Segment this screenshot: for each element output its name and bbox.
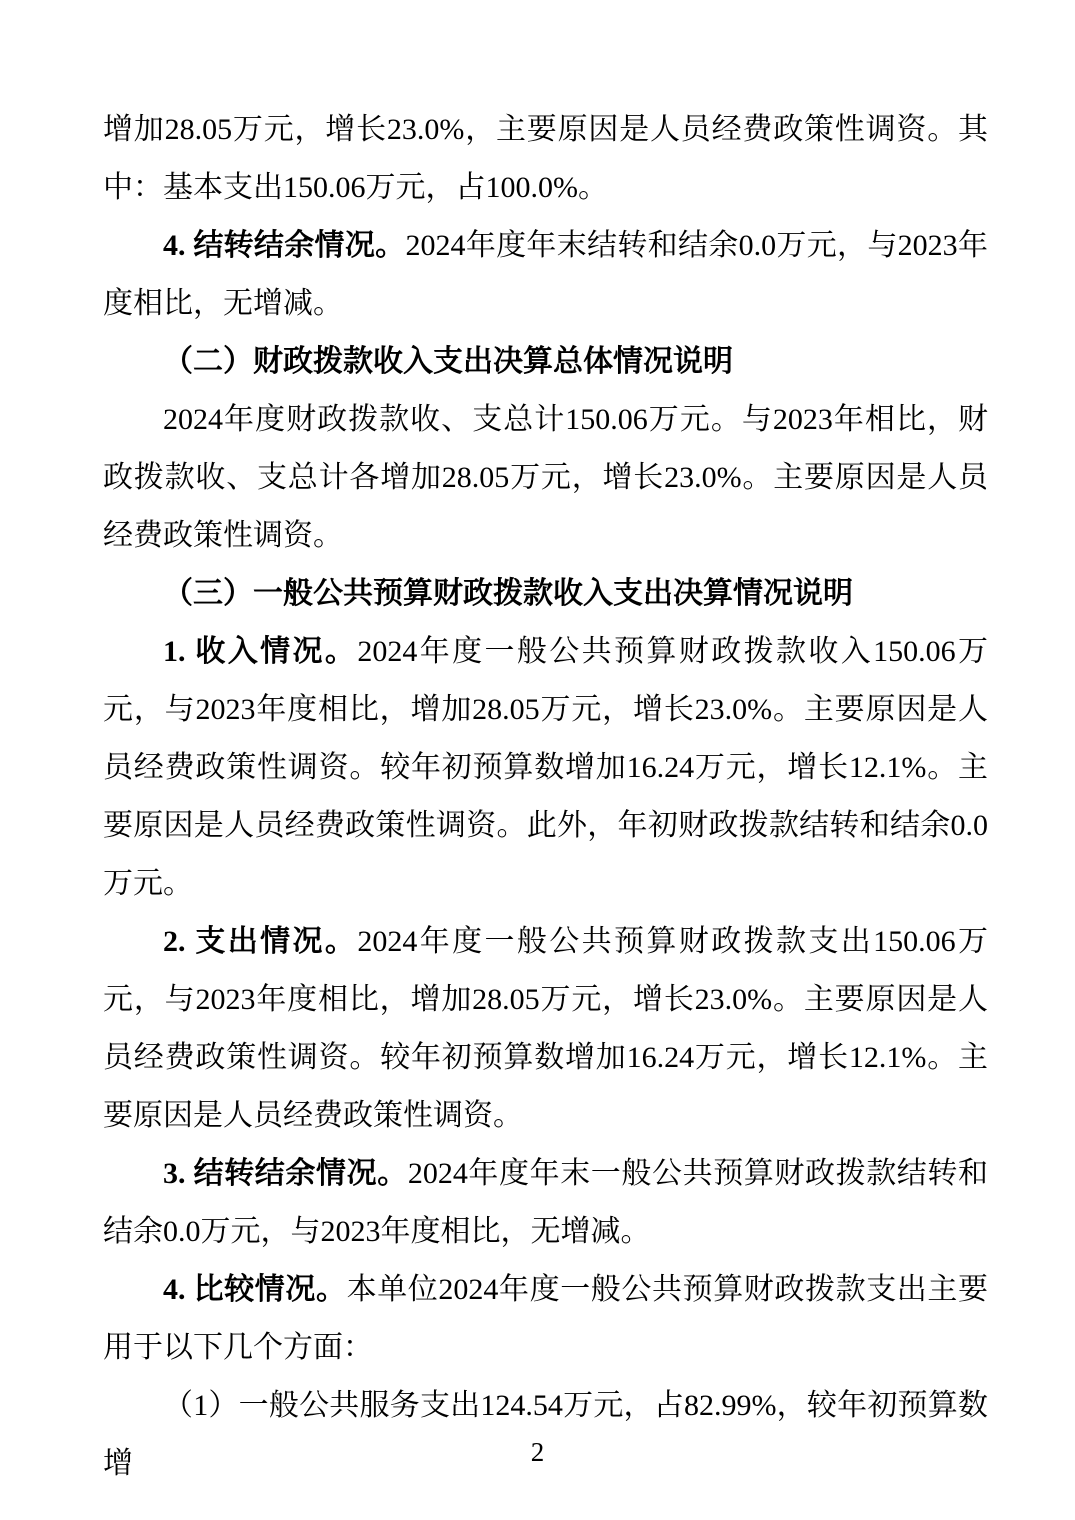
document-page: 增加28.05万元，增长23.0%，主要原因是人员经费政策性调资。其中：基本支出… <box>0 0 1075 1520</box>
paragraph-text: 增加28.05万元，增长23.0%，主要原因是人员经费政策性调资。其中：基本支出… <box>103 113 988 204</box>
paragraph-lead: 1. 收入情况。 <box>163 635 357 668</box>
paragraph-expenditure: 2. 支出情况。2024年度一般公共预算财政拨款支出150.06万元，与2023… <box>103 913 988 1145</box>
paragraph-continuation: 增加28.05万元，增长23.0%，主要原因是人员经费政策性调资。其中：基本支出… <box>103 101 988 217</box>
heading-text: （二）财政拨款收入支出决算总体情况说明 <box>163 345 733 378</box>
paragraph-lead: 4. 比较情况。 <box>163 1273 347 1306</box>
paragraph-lead: 3. 结转结余情况。 <box>163 1157 408 1190</box>
page-number: 2 <box>0 1437 1075 1467</box>
paragraph-income: 1. 收入情况。2024年度一般公共预算财政拨款收入150.06万元，与2023… <box>103 623 988 913</box>
paragraph-text: 2024年度财政拨款收、支总计150.06万元。与2023年相比，财政拨款收、支… <box>103 403 988 552</box>
paragraph-carryover-overall: 4. 结转结余情况。2024年度年末结转和结余0.0万元，与2023年度相比，无… <box>103 217 988 333</box>
paragraph-item-1: （1）一般公共服务支出124.54万元，占82.99%，较年初预算数增 <box>103 1377 988 1493</box>
paragraph-fiscal-overview: 2024年度财政拨款收、支总计150.06万元。与2023年相比，财政拨款收、支… <box>103 391 988 565</box>
paragraph-lead: 2. 支出情况。 <box>163 925 357 958</box>
document-body: 增加28.05万元，增长23.0%，主要原因是人员经费政策性调资。其中：基本支出… <box>103 101 988 1493</box>
section-heading-2: （二）财政拨款收入支出决算总体情况说明 <box>103 333 988 391</box>
heading-text: （三）一般公共预算财政拨款收入支出决算情况说明 <box>163 577 853 610</box>
paragraph-carryover-general: 3. 结转结余情况。2024年度年末一般公共预算财政拨款结转和结余0.0万元，与… <box>103 1145 988 1261</box>
paragraph-comparison: 4. 比较情况。本单位2024年度一般公共预算财政拨款支出主要用于以下几个方面： <box>103 1261 988 1377</box>
paragraph-text: 2024年度一般公共预算财政拨款收入150.06万元，与2023年度相比，增加2… <box>103 635 988 900</box>
paragraph-lead: 4. 结转结余情况。 <box>163 229 406 262</box>
section-heading-3: （三）一般公共预算财政拨款收入支出决算情况说明 <box>103 565 988 623</box>
